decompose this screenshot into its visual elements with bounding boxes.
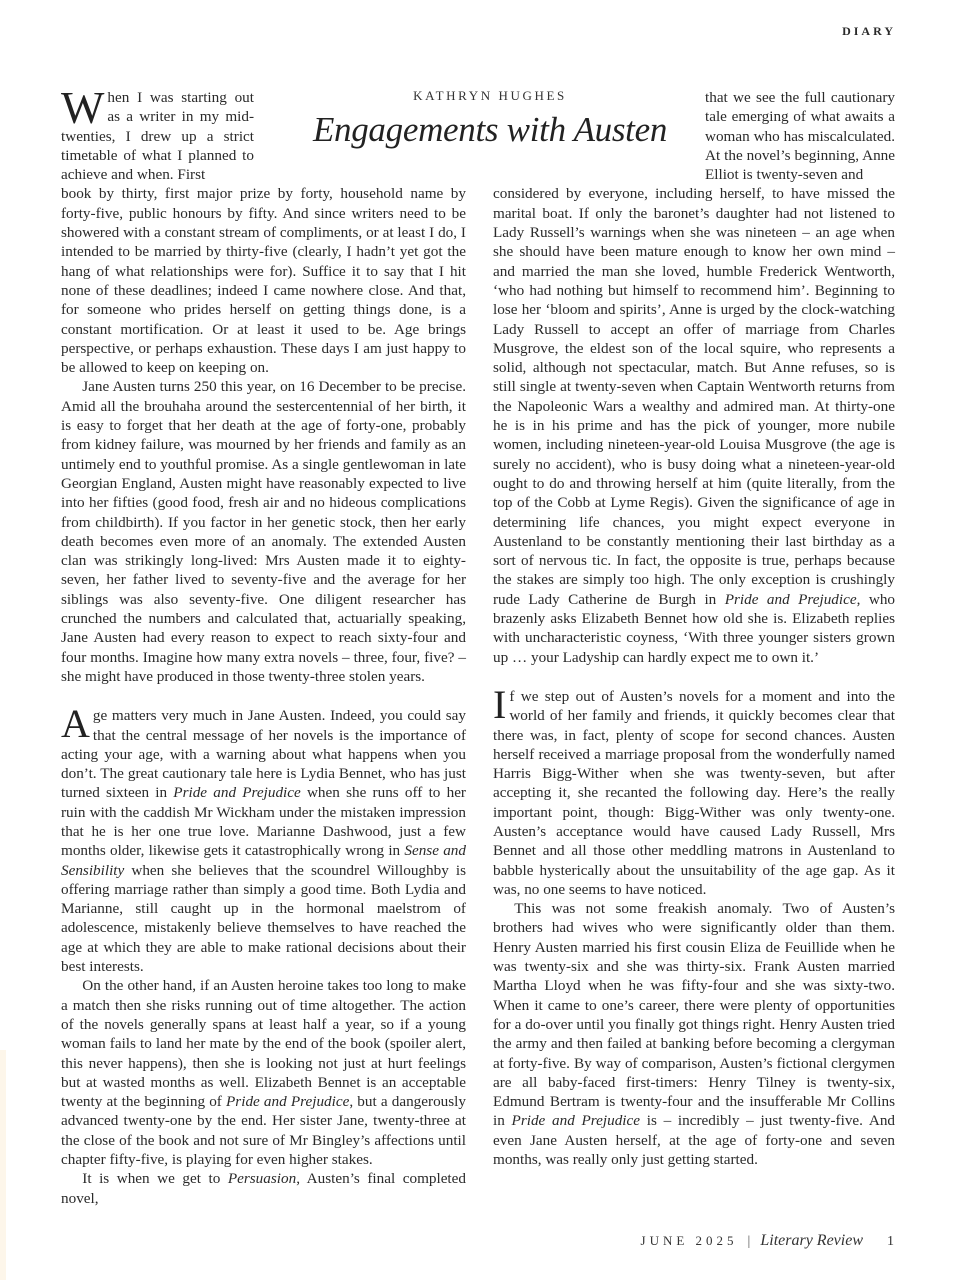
page-edge-stripe [0, 1050, 6, 1280]
book-title: Pride and Prejudice [512, 1112, 640, 1129]
footer-separator: | [748, 1234, 751, 1250]
intro-full-block: book by thirty, first major prize by for… [61, 184, 466, 1207]
issue-date: JUNE 2025 [641, 1233, 738, 1249]
book-title: Pride and Prejudice [725, 591, 857, 608]
book-title: Persuasion [228, 1170, 296, 1187]
page-number: 1 [887, 1234, 894, 1250]
paragraph: that we see the full cautionary tale eme… [705, 88, 895, 184]
book-title: Pride and Prejudice [173, 784, 300, 801]
paragraph: It is when we get to Persuasion, Austen’… [61, 1169, 466, 1208]
paragraph: considered by everyone, including hersel… [493, 184, 895, 666]
paragraph: When I was starting out as a writer in m… [61, 88, 254, 184]
page-footer: JUNE 2025 | Literary Review 1 [641, 1232, 894, 1250]
drop-cap: W [61, 88, 104, 126]
right-narrow-block: that we see the full cautionary tale eme… [705, 88, 895, 184]
paragraph: book by thirty, first major prize by for… [61, 184, 466, 377]
magazine-name: Literary Review [760, 1232, 863, 1250]
right-column: that we see the full cautionary tale eme… [493, 88, 895, 1169]
left-column: When I was starting out as a writer in m… [61, 88, 466, 1208]
section-label: DIARY [842, 24, 896, 39]
paragraph: Age matters very much in Jane Austen. In… [61, 706, 466, 976]
drop-cap: I [493, 687, 506, 721]
drop-cap: A [61, 706, 90, 740]
intro-narrow-block: When I was starting out as a writer in m… [61, 88, 254, 184]
paragraph: Jane Austen turns 250 this year, on 16 D… [61, 377, 466, 686]
paragraph: If we step out of Austen’s novels for a … [493, 687, 895, 899]
paragraph: On the other hand, if an Austen heroine … [61, 976, 466, 1169]
book-title: Pride and Prejudice [226, 1093, 349, 1110]
paragraph: This was not some freakish anomaly. Two … [493, 899, 895, 1169]
